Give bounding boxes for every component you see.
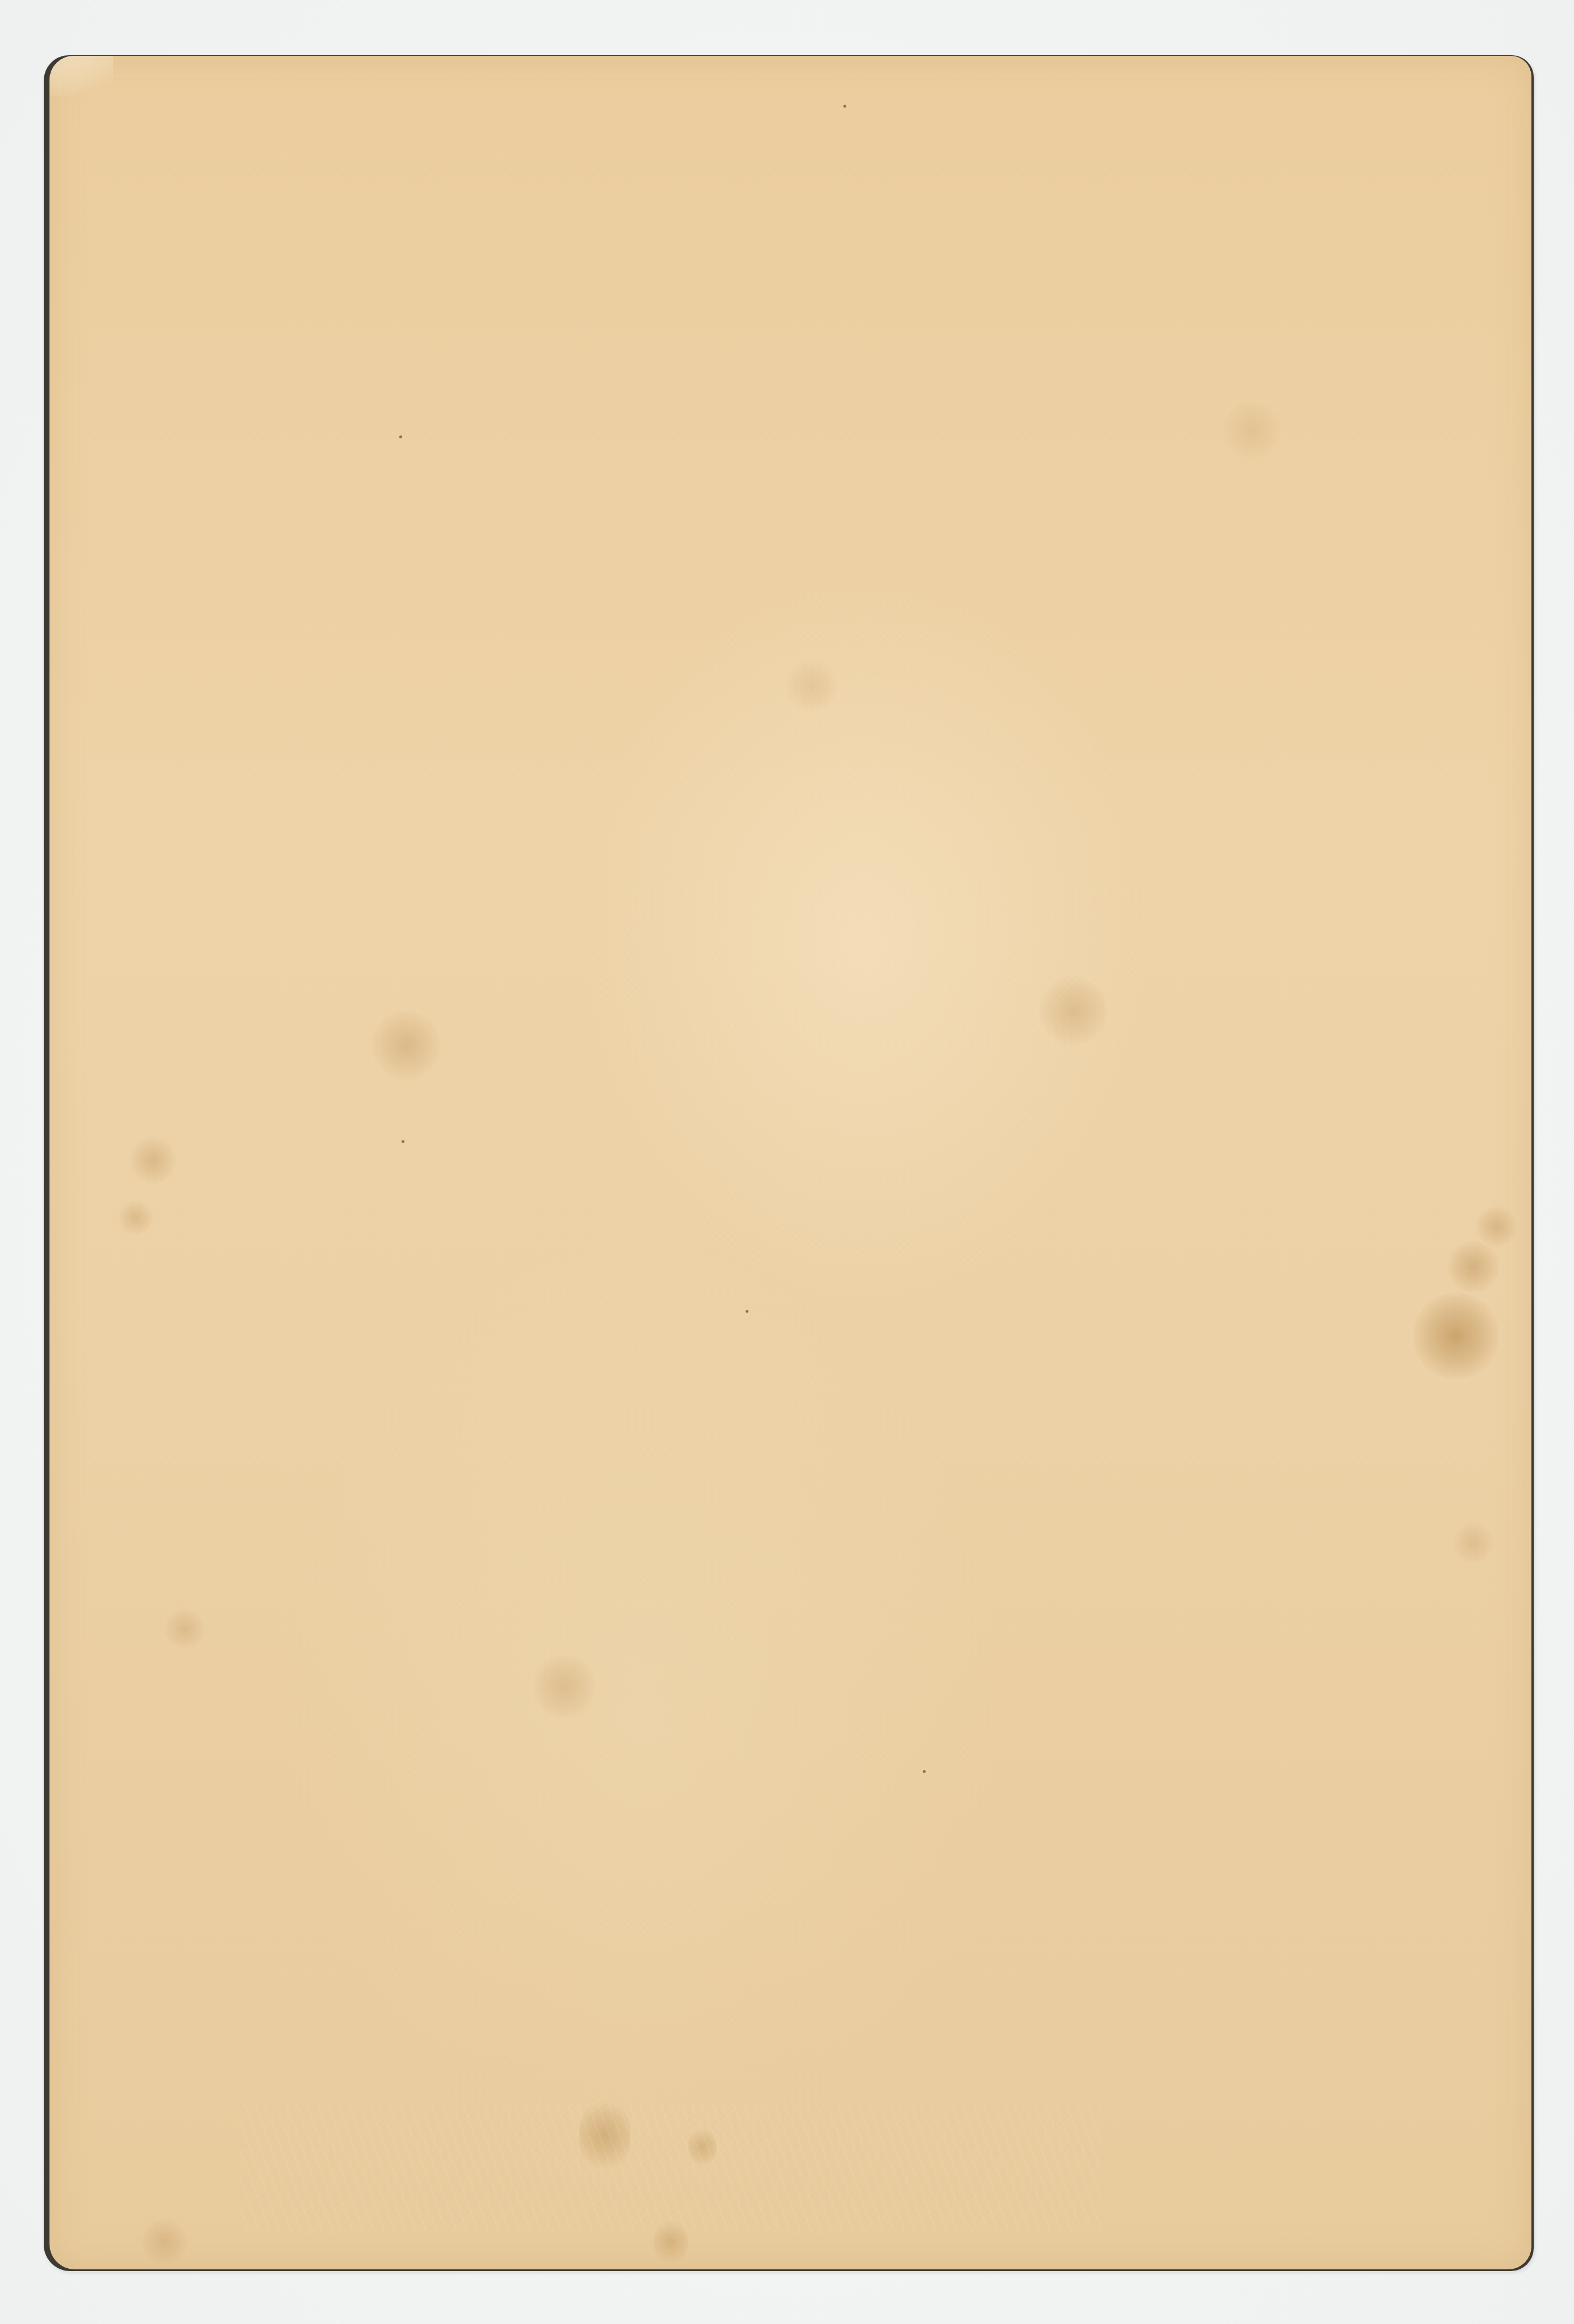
foxing-stain	[1413, 1293, 1499, 1379]
foxing-stain	[1453, 1523, 1493, 1563]
foxing-stain	[1447, 1241, 1499, 1293]
foxing-stain	[533, 1655, 596, 1718]
foxing-stain	[372, 1011, 441, 1080]
dust-speck	[843, 105, 846, 108]
foxing-stain	[1476, 1206, 1516, 1247]
dust-speck	[746, 1310, 748, 1313]
dust-speck	[923, 1770, 926, 1773]
foxing-stain	[130, 1137, 176, 1183]
worn-corner	[49, 56, 113, 96]
foxing-stain	[142, 2219, 188, 2265]
foxing-stain	[1223, 401, 1281, 458]
dust-speck	[399, 435, 402, 438]
photo-mount-card-back	[49, 56, 1531, 2269]
foxing-stain	[786, 660, 838, 712]
foxing-stain	[1039, 976, 1108, 1045]
foxing-stain	[119, 1201, 153, 1235]
dust-speck	[402, 1140, 404, 1143]
foxing-stain	[165, 1609, 205, 1649]
faint-scratch-marks	[239, 2104, 1102, 2230]
